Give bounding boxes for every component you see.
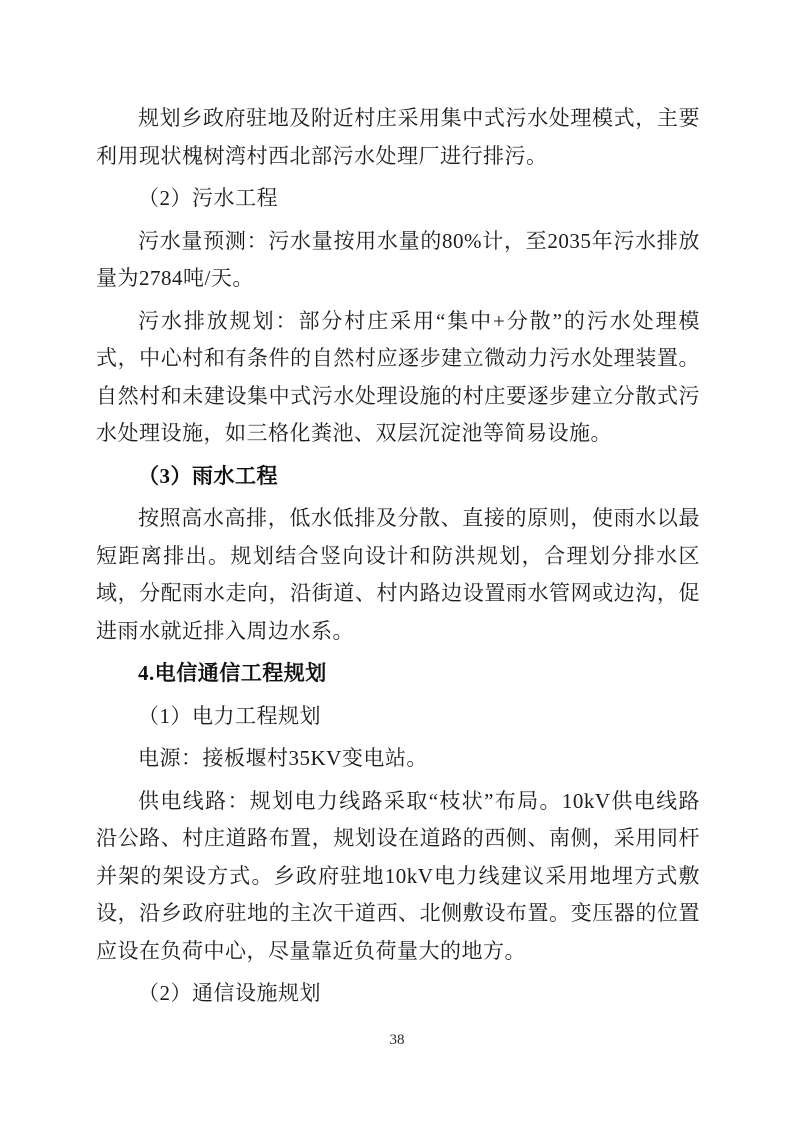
- document-body: 规划乡政府驻地及附近村庄采用集中式污水处理模式，主要利用现状槐树湾村西北部污水处…: [96, 100, 700, 1013]
- paragraph: 污水量预测：污水量按用水量的80%计，至2035年污水排放量为2784吨/天。: [96, 223, 700, 298]
- subheading: （2）污水工程: [96, 180, 700, 218]
- section-heading: （3）雨水工程: [96, 458, 700, 496]
- paragraph: 供电线路：规划电力线路采取“枝状”布局。10kV供电线路沿公路、村庄道路布置，规…: [96, 783, 700, 971]
- document-page: 规划乡政府驻地及附近村庄采用集中式污水处理模式，主要利用现状槐树湾村西北部污水处…: [0, 0, 794, 1122]
- paragraph: 按照高水高排，低水低排及分散、直接的原则，使雨水以最短距离排出。规划结合竖向设计…: [96, 500, 700, 650]
- paragraph: 污水排放规划：部分村庄采用“集中+分散”的污水处理模式，中心村和有条件的自然村应…: [96, 303, 700, 453]
- page-number: 38: [0, 1032, 794, 1049]
- section-heading: 4.电信通信工程规划: [96, 655, 700, 693]
- paragraph: 电源：接板堰村35KV变电站。: [96, 740, 700, 778]
- subheading: （2）通信设施规划: [96, 975, 700, 1013]
- paragraph: 规划乡政府驻地及附近村庄采用集中式污水处理模式，主要利用现状槐树湾村西北部污水处…: [96, 100, 700, 175]
- subheading: （1）电力工程规划: [96, 698, 700, 736]
